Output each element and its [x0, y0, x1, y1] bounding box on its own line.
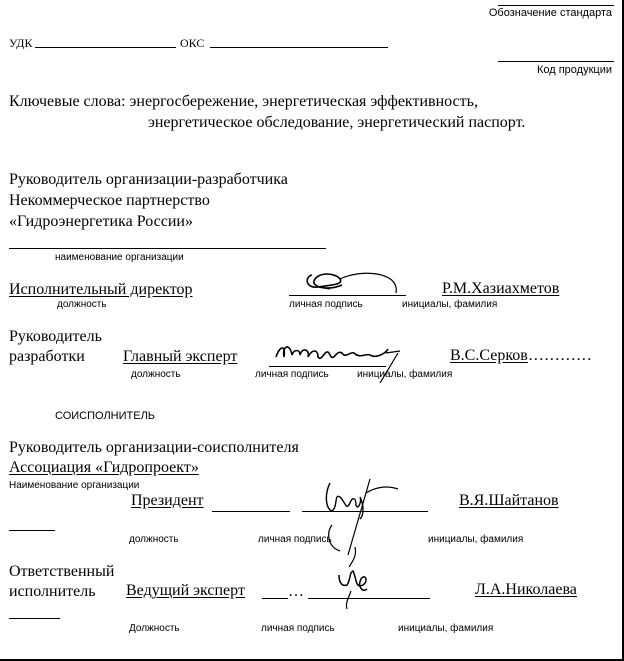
responsible-signature-caption: личная подпись [261, 623, 335, 634]
responsible-name: Л.А.Николаева [475, 581, 577, 599]
responsible-short-line [9, 618, 60, 619]
lead-signature-caption: личная подпись [255, 369, 329, 380]
responsible-name-caption: инициалы, фамилия [398, 623, 493, 634]
developer-position-caption: должность [57, 299, 107, 310]
lead-position-caption: должность [131, 369, 181, 380]
coexecutor-signature-caption: личная подпись [258, 534, 332, 545]
coexecutor-position: Президент [131, 492, 204, 510]
responsible-position-line [262, 598, 288, 599]
responsible-signature-icon [335, 545, 375, 615]
developer-org-line2: «Гидроэнергетика России» [9, 213, 193, 231]
developer-signature-icon [300, 255, 410, 300]
keywords-line1: Ключевые слова: энергосбережение, энерге… [9, 93, 478, 111]
standard-designation-label: Обозначение стандарта [489, 7, 612, 19]
product-code-line[interactable] [498, 61, 614, 62]
keywords-line2: энергетическое обследование, энергетичес… [148, 114, 525, 132]
developer-name-caption: инициалы, фамилия [402, 299, 497, 310]
oks-label: ОКС [180, 36, 204, 51]
coexecutor-signature-icon [320, 475, 430, 555]
developer-position: Исполнительный директор [9, 281, 193, 299]
coexecutor-position-line [212, 511, 290, 512]
lead-position: Главный эксперт [123, 348, 237, 366]
coexecutor-name: В.Я.Шайтанов [459, 492, 559, 510]
responsible-position: Ведущий эксперт [126, 582, 245, 600]
coexecutor-position-caption: должность [129, 534, 179, 545]
udk-field-line[interactable] [35, 47, 176, 48]
oks-field-line[interactable] [210, 47, 388, 48]
lead-name-block: В.С.Серков………… [450, 347, 592, 365]
standard-designation-line [498, 5, 614, 6]
coexecutor-org: Ассоциация «Гидропроект» [9, 459, 199, 477]
product-code-label: Код продукции [537, 64, 612, 76]
developer-heading: Руководитель организации-разработчика [9, 171, 288, 189]
developer-org-line [9, 248, 326, 249]
responsible-label-line2: исполнитель [9, 583, 96, 601]
lead-name-dots: ………… [528, 347, 592, 364]
responsible-dots: … [288, 583, 304, 601]
coexecutor-org-caption: Наименование организации [9, 480, 139, 491]
lead-label-line2: разработки [9, 348, 85, 366]
developer-org-line1: Некоммерческое партнерство [9, 192, 210, 210]
developer-name: Р.М.Хазиахметов [442, 280, 559, 298]
coexecutor-short-line [9, 530, 55, 531]
coexecutor-name-caption: инициалы, фамилия [428, 534, 523, 545]
lead-name-caption: инициалы, фамилия [357, 369, 452, 380]
keywords-text-1: энергосбережение, энергетическая эффекти… [130, 93, 478, 110]
coexecutor-section-label: СОИСПОЛНИТЕЛЬ [55, 410, 155, 422]
developer-org-caption: наименование организации [55, 252, 184, 263]
lead-name: В.С.Серков [450, 347, 528, 364]
responsible-label-line1: Ответственный [9, 563, 114, 581]
keywords-label: Ключевые слова: [9, 93, 126, 110]
developer-signature-caption: личная подпись [289, 299, 363, 310]
udk-label: УДК [9, 36, 32, 51]
document-page: Обозначение стандарта УДК ОКС Код продук… [0, 0, 624, 661]
responsible-position-caption: Должность [129, 623, 180, 634]
coexecutor-heading: Руководитель организации-соисполнителя [9, 439, 299, 457]
lead-label-line1: Руководитель [9, 328, 102, 346]
